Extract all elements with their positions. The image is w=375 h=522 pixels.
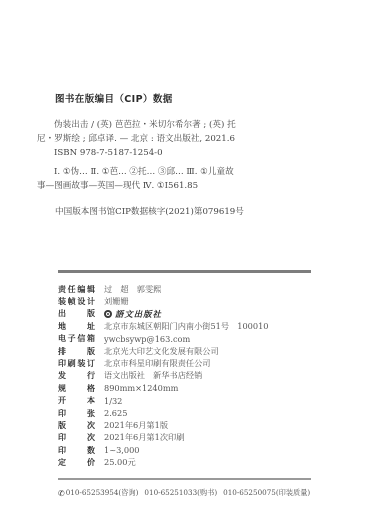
colophon-value: 语文出版社 新华书店经销 (104, 370, 202, 381)
contact-line: ✆ 010-65253954(咨询) 010-65251033(购书) 010-… (58, 488, 315, 498)
colophon-label: 印次 (58, 432, 95, 443)
publisher-emblem-icon (104, 310, 112, 318)
colophon-label-char: 规 (58, 383, 66, 394)
colophon-label-char: 信 (77, 333, 85, 344)
colophon-label-char: 印 (58, 432, 66, 443)
colophon-label-char: 版 (87, 308, 95, 319)
colophon-value: ywcbsywp@163.com (104, 334, 190, 344)
cip-classification: Ⅰ. ①伪… Ⅱ. ①芭… ②托… ③邱… Ⅲ. ①儿童故 事—图画故事—英国—… (37, 165, 307, 193)
colophon-label-char: 帧 (68, 296, 76, 307)
cip-description-line: 伪装出击 / (英) 芭芭拉・米切尔希尔著 ; (英) 托 (37, 118, 297, 132)
colophon-label-char: 次 (87, 432, 95, 443)
colophon-value: 25.00元 (104, 457, 136, 468)
colophon-value: 北京市科星印刷有限责任公司 (104, 358, 210, 369)
colophon-label-char: 版 (87, 346, 95, 357)
cip-classification-line: Ⅰ. ①伪… Ⅱ. ①芭… ②托… ③邱… Ⅲ. ①儿童故 (37, 165, 307, 179)
colophon-label-char: 地 (58, 321, 66, 332)
colophon-value: 890mm×1240mm (104, 383, 178, 393)
colophon-row: 印张2.625 (58, 407, 269, 419)
colophon-label-char: 装 (77, 358, 85, 369)
colophon-label-char: 排 (58, 346, 66, 357)
colophon-label: 定价 (58, 457, 95, 468)
colophon-row: 开本1/32 (58, 395, 269, 407)
colophon-table: 责任编辑过 超 郭雯熙装帧设计刘姗姗出版語文出版社地址北京市东城区朝阳门内南小街… (58, 283, 269, 469)
colophon-value: 刘姗姗 (104, 296, 129, 307)
phone-icon: ✆ (58, 489, 65, 498)
colophon-value: 过 超 郭雯熙 (104, 284, 161, 295)
colophon-label: 排版 (58, 346, 95, 357)
colophon-label-char: 格 (87, 383, 95, 394)
phone-print-quality: 010-65250075(印装质量) (223, 488, 310, 498)
colophon-value: 1~3,000 (104, 445, 140, 455)
colophon-label: 印数 (58, 445, 95, 456)
cip-isbn: ISBN 978-7-5187-1254-0 (37, 146, 297, 160)
cip-description-line: 尼・罗斯绘 ; 邱卓译. — 北京 : 语文出版社, 2021.6 (37, 132, 297, 146)
colophon-label: 印刷装订 (58, 358, 95, 369)
colophon-label-char: 责 (58, 284, 66, 295)
colophon-label-char: 计 (87, 296, 95, 307)
colophon-row: 版次2021年6月第1版 (58, 419, 269, 431)
colophon-row: 装帧设计刘姗姗 (58, 295, 269, 307)
colophon-value: 2.625 (104, 408, 127, 418)
colophon-row: 印数1~3,000 (58, 444, 269, 456)
colophon-value: 北京光大印艺文化发展有限公司 (104, 346, 219, 357)
colophon-value: 2021年6月第1次印刷 (104, 432, 184, 443)
colophon-label: 印张 (58, 408, 95, 419)
colophon-label-char: 址 (87, 321, 95, 332)
colophon-label-char: 箱 (87, 333, 95, 344)
colophon-label-char: 刷 (68, 358, 76, 369)
colophon-label-char: 版 (58, 420, 66, 431)
colophon-label-char: 行 (87, 370, 95, 381)
colophon-label: 电子信箱 (58, 333, 95, 344)
phone-inquiry: 010-65253954(咨询) (66, 488, 139, 498)
cip-heading: 图书在版编目（CIP）数据 (55, 91, 173, 105)
colophon-label-char: 张 (87, 408, 95, 419)
colophon-row: 印次2021年6月第1次印刷 (58, 432, 269, 444)
cip-check-number: 中国版本图书馆CIP数据核字(2021)第079619号 (55, 205, 244, 217)
colophon-label: 装帧设计 (58, 296, 95, 307)
colophon-label-char: 次 (87, 420, 95, 431)
phone-purchase: 010-65251033(购书) (144, 488, 217, 498)
colophon-label-char: 电 (58, 333, 66, 344)
colophon-label: 规格 (58, 383, 95, 394)
colophon-label-char: 印 (58, 445, 66, 456)
colophon-row: 发行语文出版社 新华书店经销 (58, 370, 269, 382)
colophon-label: 开本 (58, 395, 95, 406)
colophon-label-char: 定 (58, 457, 66, 468)
colophon-row: 定价25.00元 (58, 456, 269, 468)
colophon-label: 地址 (58, 321, 95, 332)
colophon-row: 出版語文出版社 (58, 308, 269, 320)
colophon-row: 地址北京市东城区朝阳门内南小街51号 100010 (58, 320, 269, 332)
cip-description: 伪装出击 / (英) 芭芭拉・米切尔希尔著 ; (英) 托 尼・罗斯绘 ; 邱卓… (37, 118, 297, 160)
colophon-label-char: 价 (87, 457, 95, 468)
colophon-label-char: 设 (77, 296, 85, 307)
colophon-label-char: 本 (87, 395, 95, 406)
colophon-row: 责任编辑过 超 郭雯熙 (58, 283, 269, 295)
publisher-logo-text: 語文出版社 (115, 308, 162, 320)
colophon-value: 1/32 (104, 396, 122, 406)
colophon-row: 排版北京光大印艺文化发展有限公司 (58, 345, 269, 357)
colophon-row: 电子信箱ywcbsywp@163.com (58, 333, 269, 345)
bottom-divider (58, 478, 311, 480)
colophon-label: 版次 (58, 420, 95, 431)
colophon-label-char: 任 (68, 284, 76, 295)
colophon-label-char: 发 (58, 370, 66, 381)
colophon-label-char: 开 (58, 395, 66, 406)
colophon-label-char: 子 (68, 333, 76, 344)
colophon-label-char: 印 (58, 408, 66, 419)
colophon-label: 发行 (58, 370, 95, 381)
publisher-logo: 語文出版社 (104, 308, 162, 320)
colophon-label-char: 辑 (87, 284, 95, 295)
colophon-row: 印刷装订北京市科星印刷有限责任公司 (58, 357, 269, 369)
colophon-label: 责任编辑 (58, 284, 95, 295)
top-divider (58, 270, 311, 273)
colophon-label-char: 装 (58, 296, 66, 307)
colophon-value: 2021年6月第1版 (104, 420, 168, 431)
colophon-row: 规格890mm×1240mm (58, 382, 269, 394)
colophon-label-char: 订 (87, 358, 95, 369)
colophon-label-char: 编 (77, 284, 85, 295)
colophon-label-char: 数 (87, 445, 95, 456)
cip-classification-line: 事—图画故事—英国—现代 Ⅳ. ①I561.85 (37, 179, 307, 193)
colophon-label: 出版 (58, 308, 95, 319)
colophon-value: 北京市东城区朝阳门内南小街51号 100010 (104, 321, 269, 332)
colophon-label-char: 印 (58, 358, 66, 369)
colophon-label-char: 出 (58, 308, 66, 319)
